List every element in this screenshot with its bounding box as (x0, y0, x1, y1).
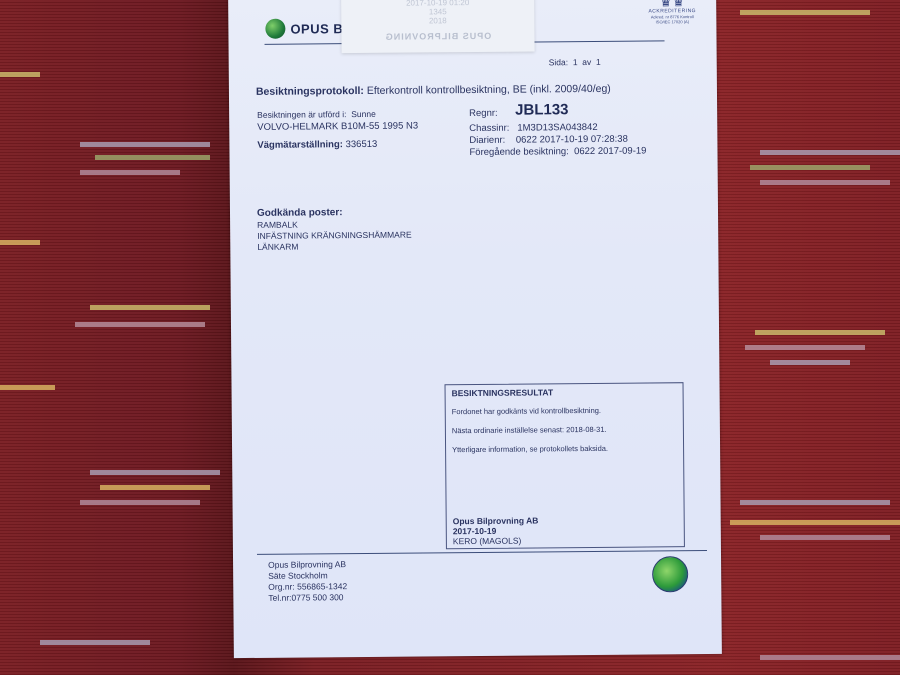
footer-divider (257, 550, 707, 555)
odometer: Vägmätarställning: 336513 (257, 139, 377, 151)
result-line: Ytterligare information, se protokollets… (452, 444, 608, 454)
accreditation-seal-icon: ♛♛ ACKREDITERING Ackred. nr 8776 Kontrol… (646, 0, 698, 36)
fabric-stripe (760, 655, 900, 660)
page-indicator: Sida: 1 av 1 (549, 57, 601, 67)
diary-number: Diarienr: 0622 2017-10-19 07:28:38 (469, 134, 628, 146)
receipt-slip: 2017-10-19 01:20 1345 2018 OPUS BILPROVN… (341, 0, 534, 53)
footer-phone: Tel.nr:0775 500 300 (268, 592, 347, 604)
fabric-stripe (770, 360, 850, 365)
fabric-stripe (0, 240, 40, 245)
fabric-stripe (80, 500, 200, 505)
fabric-stripe (95, 155, 210, 160)
fabric-stripe (730, 520, 900, 525)
previous-inspection: Föregående besiktning: 0622 2017-09-19 (469, 145, 646, 158)
inspection-protocol-document: OPUS B 2017-10-19 01:20 1345 2018 OPUS B… (228, 0, 722, 658)
receipt-mirrored-text: OPUS BILPROVNING (341, 30, 534, 42)
inspection-location: Besiktningen är utförd i: Sunne (257, 109, 376, 120)
fabric-stripe (755, 330, 885, 335)
approved-items-heading: Godkända poster: (257, 207, 343, 219)
approved-item: LÄNKARM (257, 241, 412, 253)
fabric-stripe (90, 470, 220, 475)
fabric-stripe (745, 345, 865, 350)
fabric-stripe (0, 72, 40, 77)
fabric-stripe (90, 305, 210, 310)
fabric-stripe (760, 180, 890, 185)
result-date: 2017-10-19 (453, 526, 497, 536)
result-inspector: KERO (MAGOLS) (453, 536, 522, 547)
regnr-value: JBL133 (515, 101, 569, 118)
regnr-label: Regnr: (469, 108, 498, 119)
footer-company-info: Opus Bilprovning AB Säte Stockholm Org.n… (268, 559, 347, 604)
fabric-stripe (760, 535, 890, 540)
opus-logo-globe-icon (265, 19, 285, 39)
receipt-line: 2018 (341, 15, 534, 26)
result-next-inspection: Nästa ordinarie inställelse senast: 2018… (452, 425, 607, 435)
vehicle-model: VOLVO-HELMARK B10M-55 1995 N3 (257, 120, 418, 132)
fabric-stripe (760, 150, 900, 155)
approved-items-list: RAMBALK INFÄSTNING KRÄNGNINGSHÄMMARE LÄN… (257, 219, 412, 253)
fabric-stripe (40, 640, 150, 645)
fabric-stripe (80, 142, 210, 147)
fabric-stripe (740, 500, 890, 505)
footer-company: Opus Bilprovning AB (268, 559, 347, 571)
fabric-stripe (100, 485, 210, 490)
result-line: Fordonet har godkänts vid kontrollbesikt… (452, 406, 601, 416)
result-company: Opus Bilprovning AB (453, 515, 539, 526)
fabric-stripe (0, 385, 55, 390)
fabric-stripe (740, 10, 870, 15)
footer-org-number: Org.nr: 556865-1342 (268, 581, 347, 593)
fabric-stripe (80, 170, 180, 175)
approved-item: INFÄSTNING KRÄNGNINGSHÄMMARE (257, 230, 412, 242)
inspection-result-box: BESIKTNINGSRESULTAT Fordonet har godkänt… (445, 382, 685, 549)
result-heading: BESIKTNINGSRESULTAT (452, 387, 554, 398)
footer-seat: Säte Stockholm (268, 570, 347, 582)
protocol-title: Besiktningsprotokoll: Efterkontroll kont… (256, 83, 611, 98)
opus-logo-text: OPUS B (290, 21, 343, 36)
fabric-stripe (750, 165, 870, 170)
fabric-stripe (75, 322, 205, 327)
chassis-number: Chassinr: 1M3D13SA043842 (469, 122, 597, 134)
climate-compensated-logo-icon (652, 556, 688, 592)
